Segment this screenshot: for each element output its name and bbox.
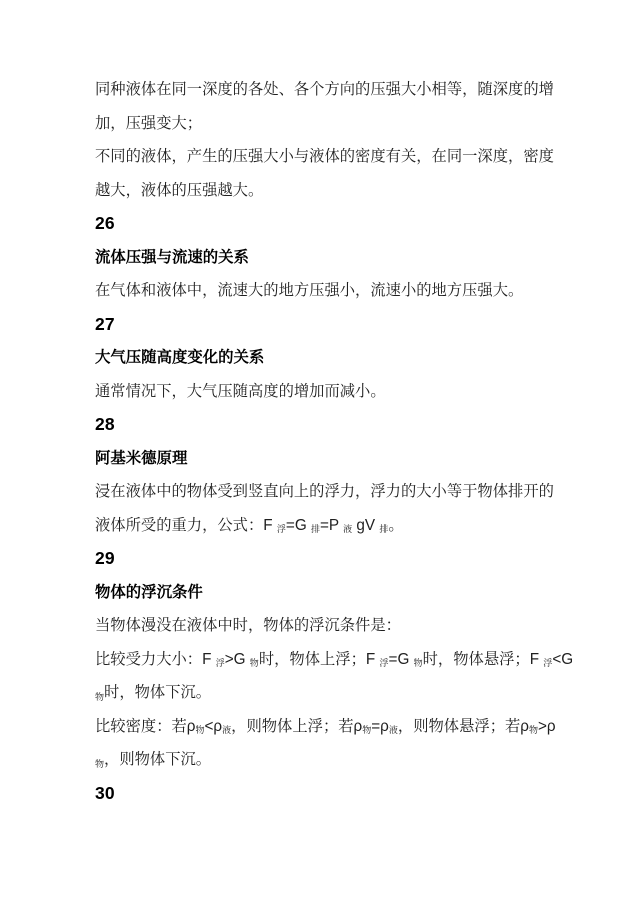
text-line: 比较受力大小：F 浮>G 物时，物体上浮；F 浮=G 物时，物体悬浮；F 浮<G bbox=[95, 643, 565, 677]
subscript: 浮 bbox=[216, 658, 225, 668]
section-heading: 大气压随高度变化的关系 bbox=[95, 341, 565, 375]
text-line: 不同的液体，产生的压强大小与液体的密度有关，在同一深度，密度 bbox=[95, 140, 565, 174]
subscript: 物 bbox=[95, 759, 104, 769]
section-number: 28 bbox=[95, 408, 565, 442]
text-run: >ρ bbox=[538, 718, 556, 735]
text-run: gV bbox=[352, 517, 379, 534]
text-run: 时，物体上浮；F bbox=[259, 651, 380, 668]
paragraph: 通常情况下，大气压随高度的增加而减小。 bbox=[95, 375, 565, 409]
text-run: 通常情况下，大气压随高度的增加而减小。 bbox=[95, 383, 386, 400]
subscript: 液 bbox=[389, 725, 398, 735]
text-run: <ρ bbox=[205, 718, 223, 735]
section-number: 27 bbox=[95, 308, 565, 342]
text-run: 物体的浮沉条件 bbox=[95, 584, 203, 601]
subscript: 物 bbox=[250, 658, 259, 668]
text-run: 。 bbox=[388, 517, 403, 534]
subscript: 浮 bbox=[380, 658, 389, 668]
text-run: 不同的液体，产生的压强大小与液体的密度有关，在同一深度，密度 bbox=[95, 148, 554, 165]
text-run: <G bbox=[552, 651, 573, 668]
subscript: 物 bbox=[362, 725, 371, 735]
text-line: 在气体和液体中，流速大的地方压强小，流速小的地方压强大。 bbox=[95, 274, 565, 308]
subscript: 物 bbox=[195, 725, 204, 735]
paragraph: 当物体漫没在液体中时，物体的浮沉条件是： bbox=[95, 609, 565, 643]
paragraph: 比较受力大小：F 浮>G 物时，物体上浮；F 浮=G 物时，物体悬浮；F 浮<G… bbox=[95, 643, 565, 710]
document-page: 同种液体在同一深度的各处、各个方向的压强大小相等，随深度的增加，压强变大；不同的… bbox=[95, 73, 565, 810]
section-heading: 流体压强与流速的关系 bbox=[95, 241, 565, 275]
text-run: 同种液体在同一深度的各处、各个方向的压强大小相等，随深度的增 bbox=[95, 81, 554, 98]
text-line: 物体的浮沉条件 bbox=[95, 576, 565, 610]
text-line: 通常情况下，大气压随高度的增加而减小。 bbox=[95, 375, 565, 409]
subscript: 物 bbox=[529, 725, 538, 735]
section-number: 29 bbox=[95, 542, 565, 576]
text-run: ，则物体悬浮；若ρ bbox=[398, 718, 529, 735]
text-run: ，则物体下沉。 bbox=[104, 751, 211, 768]
text-run: 27 bbox=[95, 314, 115, 334]
text-run: >G bbox=[225, 651, 250, 668]
text-run: 液体所受的重力，公式：F bbox=[95, 517, 277, 534]
text-line: 物，则物体下沉。 bbox=[95, 743, 565, 777]
paragraph: 在气体和液体中，流速大的地方压强小，流速小的地方压强大。 bbox=[95, 274, 565, 308]
subscript: 物 bbox=[414, 658, 423, 668]
text-run: 阿基米德原理 bbox=[95, 450, 187, 467]
text-run: 流体压强与流速的关系 bbox=[95, 249, 249, 266]
subscript: 液 bbox=[222, 725, 231, 735]
subscript: 浮 bbox=[277, 524, 286, 534]
text-run: 时，物体下沉。 bbox=[104, 684, 211, 701]
text-run: 30 bbox=[95, 783, 115, 803]
text-line: 27 bbox=[95, 308, 565, 342]
paragraph: 比较密度：若ρ物<ρ液，则物体上浮；若ρ物=ρ液，则物体悬浮；若ρ物>ρ物，则物… bbox=[95, 710, 565, 777]
section-heading: 物体的浮沉条件 bbox=[95, 576, 565, 610]
text-line: 越大，液体的压强越大。 bbox=[95, 174, 565, 208]
text-line: 阿基米德原理 bbox=[95, 442, 565, 476]
text-run: =ρ bbox=[371, 718, 389, 735]
text-line: 30 bbox=[95, 777, 565, 811]
subscript: 物 bbox=[95, 692, 104, 702]
text-run: ，则物体上浮；若ρ bbox=[231, 718, 362, 735]
text-run: 时，物体悬浮；F bbox=[423, 651, 544, 668]
paragraph: 同种液体在同一深度的各处、各个方向的压强大小相等，随深度的增加，压强变大； bbox=[95, 73, 565, 140]
text-line: 26 bbox=[95, 207, 565, 241]
text-run: 26 bbox=[95, 213, 115, 233]
text-run: 在气体和液体中，流速大的地方压强小，流速小的地方压强大。 bbox=[95, 282, 523, 299]
text-line: 加，压强变大； bbox=[95, 107, 565, 141]
text-line: 比较密度：若ρ物<ρ液，则物体上浮；若ρ物=ρ液，则物体悬浮；若ρ物>ρ bbox=[95, 710, 565, 744]
text-line: 大气压随高度变化的关系 bbox=[95, 341, 565, 375]
text-run: 加，压强变大； bbox=[95, 115, 202, 132]
text-line: 物时，物体下沉。 bbox=[95, 676, 565, 710]
text-run: 比较受力大小：F bbox=[95, 651, 216, 668]
section-heading: 阿基米德原理 bbox=[95, 442, 565, 476]
text-line: 浸在液体中的物体受到竖直向上的浮力，浮力的大小等于物体排开的 bbox=[95, 475, 565, 509]
text-line: 流体压强与流速的关系 bbox=[95, 241, 565, 275]
subscript: 排 bbox=[379, 524, 388, 534]
text-line: 液体所受的重力，公式：F 浮=G 排=P 液 gV 排。 bbox=[95, 509, 565, 543]
text-run: 浸在液体中的物体受到竖直向上的浮力，浮力的大小等于物体排开的 bbox=[95, 483, 554, 500]
text-run: 大气压随高度变化的关系 bbox=[95, 349, 264, 366]
paragraph: 浸在液体中的物体受到竖直向上的浮力，浮力的大小等于物体排开的液体所受的重力，公式… bbox=[95, 475, 565, 542]
text-run: 28 bbox=[95, 414, 115, 434]
text-run: 越大，液体的压强越大。 bbox=[95, 182, 263, 199]
text-run: 29 bbox=[95, 548, 115, 568]
text-run: 当物体漫没在液体中时，物体的浮沉条件是： bbox=[95, 617, 401, 634]
subscript: 排 bbox=[311, 524, 320, 534]
text-run: 比较密度：若ρ bbox=[95, 718, 195, 735]
text-run: =G bbox=[286, 517, 311, 534]
text-line: 同种液体在同一深度的各处、各个方向的压强大小相等，随深度的增 bbox=[95, 73, 565, 107]
text-run: =P bbox=[320, 517, 343, 534]
subscript: 浮 bbox=[543, 658, 552, 668]
section-number: 26 bbox=[95, 207, 565, 241]
text-line: 当物体漫没在液体中时，物体的浮沉条件是： bbox=[95, 609, 565, 643]
text-line: 29 bbox=[95, 542, 565, 576]
paragraph: 不同的液体，产生的压强大小与液体的密度有关，在同一深度，密度越大，液体的压强越大… bbox=[95, 140, 565, 207]
text-line: 28 bbox=[95, 408, 565, 442]
subscript: 液 bbox=[343, 524, 352, 534]
section-number: 30 bbox=[95, 777, 565, 811]
text-run: =G bbox=[389, 651, 414, 668]
